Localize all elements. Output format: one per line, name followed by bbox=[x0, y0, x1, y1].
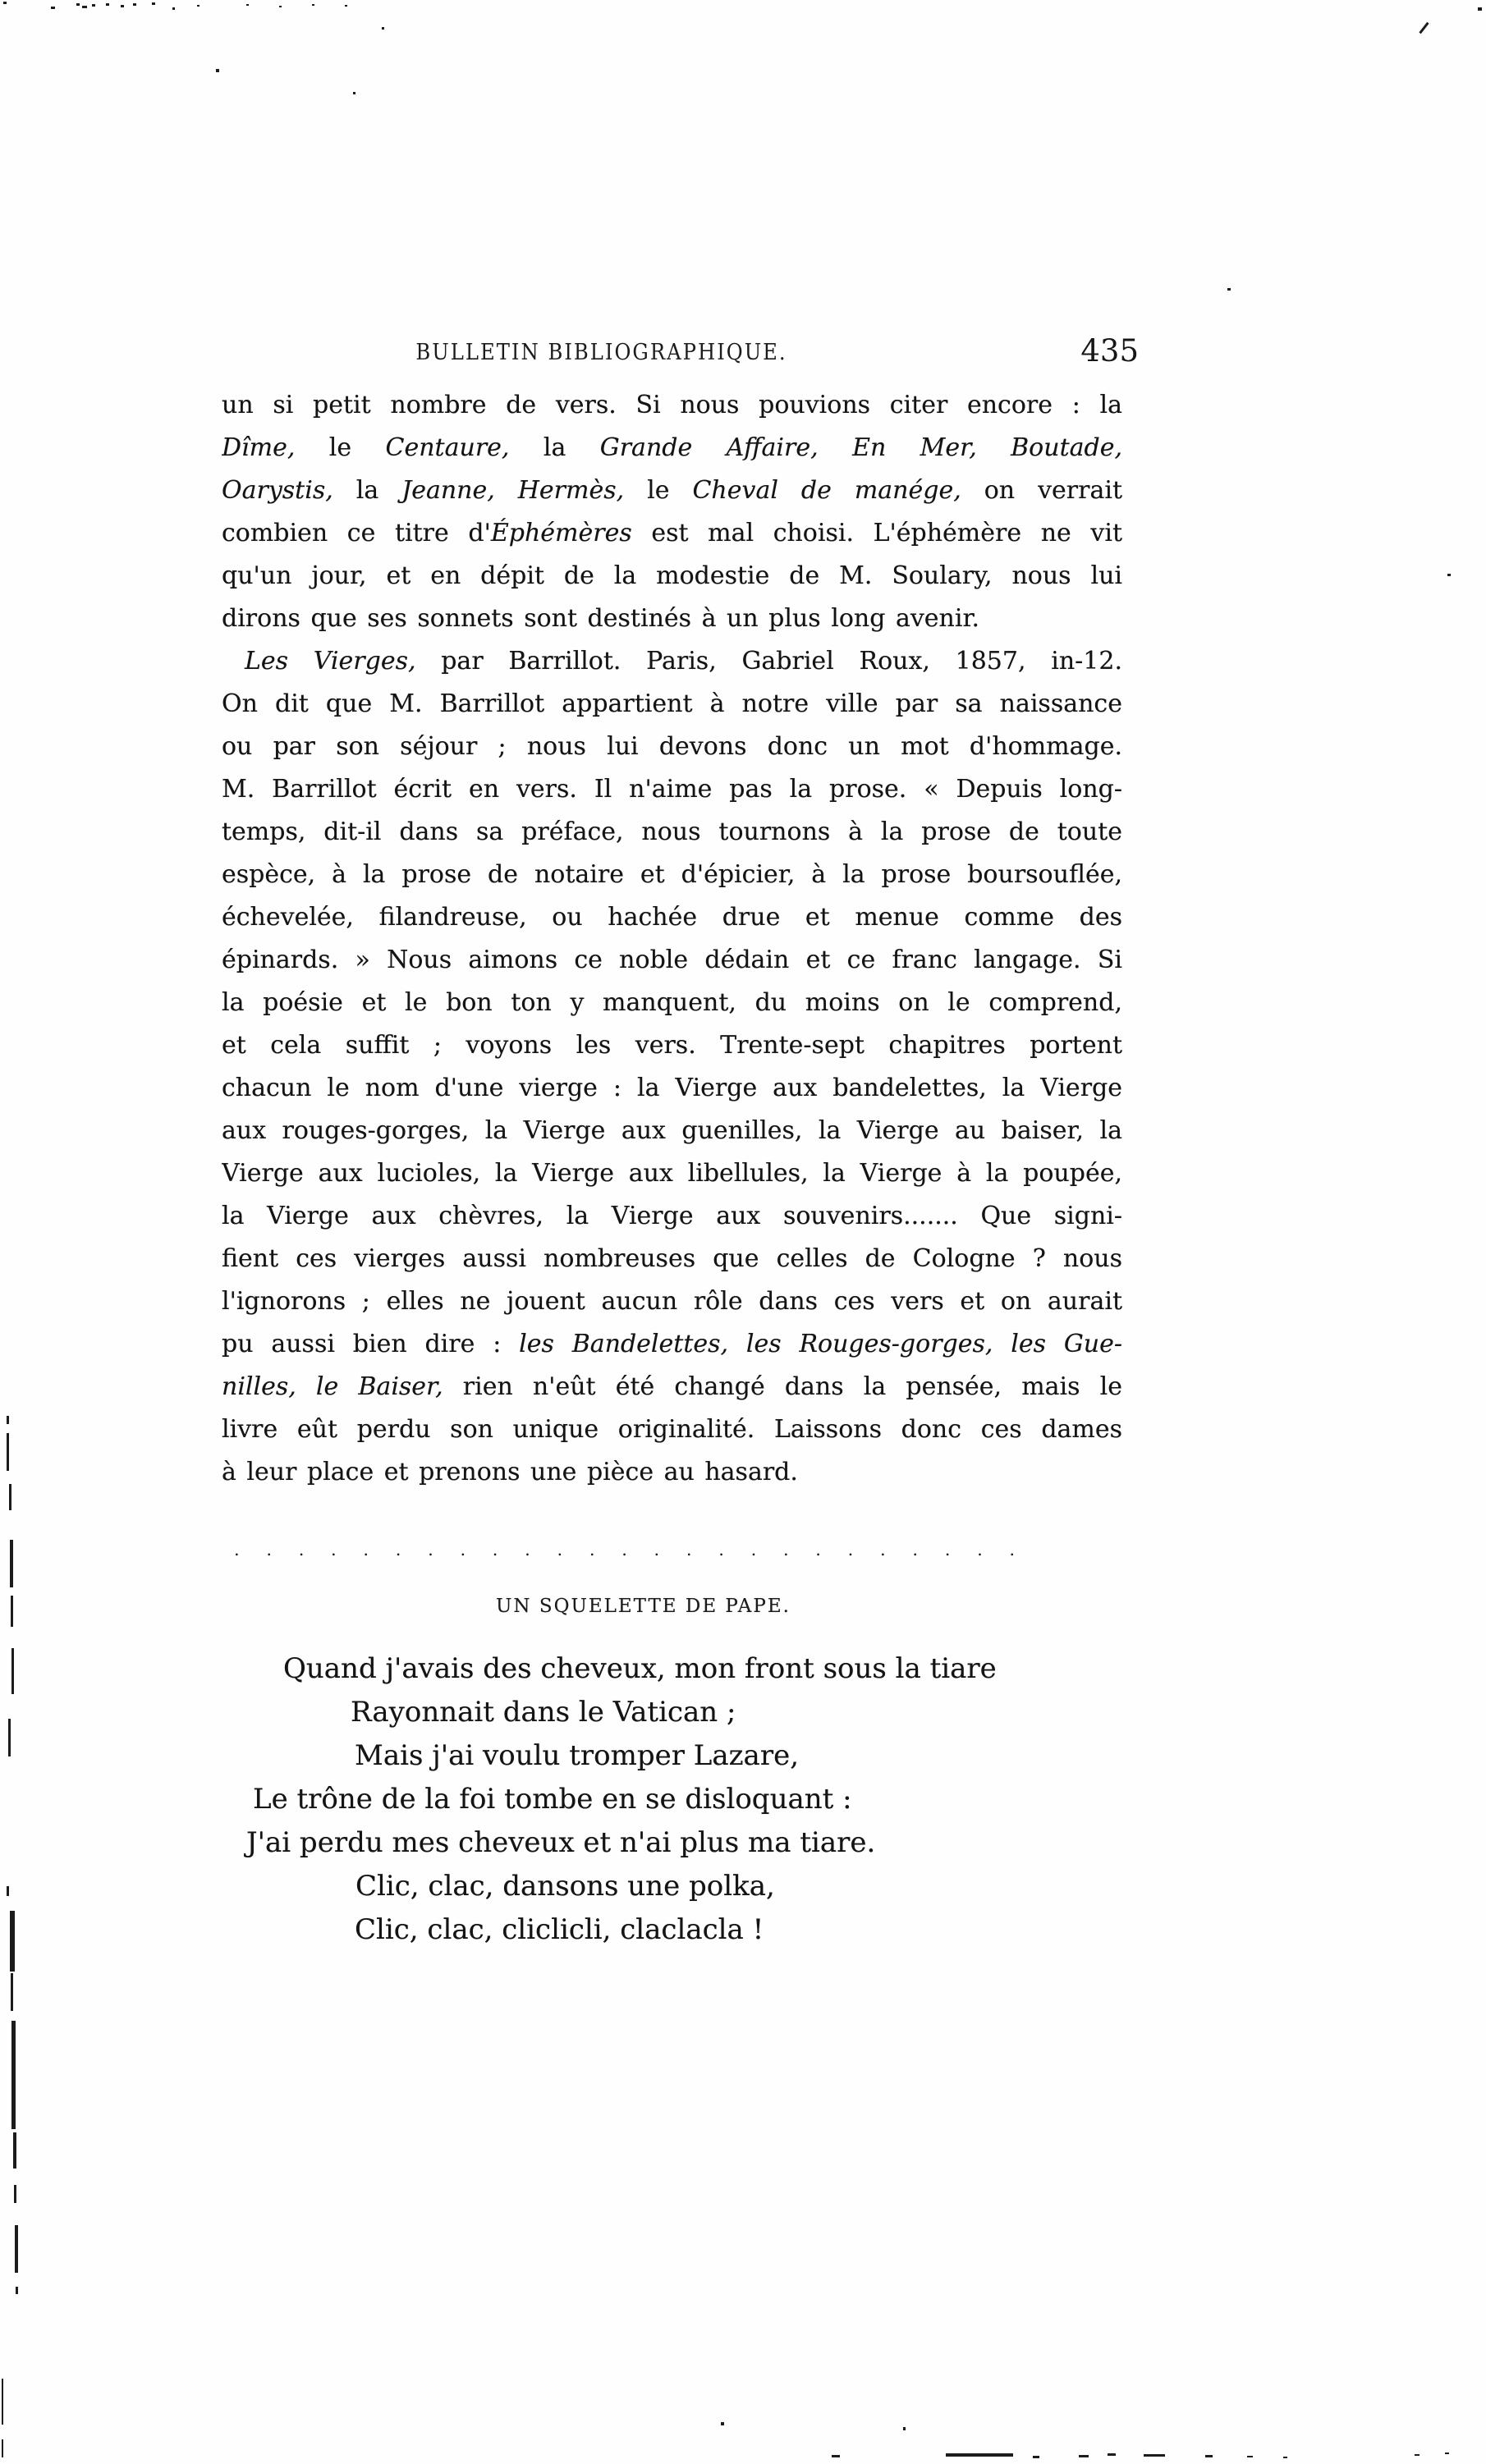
scan-dash-artifact bbox=[1415, 2454, 1419, 2456]
poem-line: Mais j'ai voulu tromper Lazare, bbox=[355, 1734, 1207, 1778]
text-segment bbox=[977, 433, 1011, 462]
scan-speck-artifact bbox=[353, 92, 355, 94]
body-line: la poésie et le bon ton y manquent, du m… bbox=[222, 982, 1122, 1024]
scan-speck-artifact bbox=[721, 2422, 724, 2425]
text-segment: M. Barrillot écrit en vers. Il n'aime pa… bbox=[222, 775, 1122, 804]
text-segment: la Vierge aux chèvres, la Vierge aux sou… bbox=[222, 1202, 1122, 1230]
scan-speck-artifact bbox=[345, 5, 347, 7]
text-segment: l'ignorons ; elles ne jouent aucun rôle … bbox=[222, 1287, 1122, 1316]
scan-speck-artifact bbox=[172, 7, 175, 10]
body-line: un si petit nombre de vers. Si nous pouv… bbox=[222, 384, 1122, 427]
text-segment: on verrait bbox=[961, 476, 1122, 505]
italic-text-segment: Boutade, bbox=[1011, 433, 1122, 462]
scan-speck-artifact bbox=[133, 3, 136, 6]
scan-speck-artifact bbox=[1227, 288, 1231, 291]
scan-line-artifact bbox=[7, 1433, 9, 1471]
body-line: épinards. » Nous aimons ce noble dédain … bbox=[222, 939, 1122, 982]
text-segment: la bbox=[333, 476, 401, 505]
text-segment bbox=[819, 433, 852, 462]
scan-line-artifact bbox=[2, 2439, 3, 2457]
text-segment: espèce, à la prose de notaire et d'épici… bbox=[222, 860, 1122, 889]
scan-speck-artifact bbox=[152, 2, 155, 5]
body-line: aux rouges-gorges, la Vierge aux guenill… bbox=[222, 1110, 1122, 1152]
scan-dash-artifact bbox=[1033, 2456, 1039, 2458]
italic-text-segment: Jeanne, Hermès, bbox=[401, 476, 624, 505]
body-line: Les Vierges, par Barrillot. Paris, Gabri… bbox=[222, 640, 1122, 683]
text-segment: ou par son séjour ; nous lui devons donc… bbox=[222, 732, 1122, 761]
text-segment: combien ce titre d' bbox=[222, 519, 491, 547]
body-line: Vierge aux lucioles, la Vierge aux libel… bbox=[222, 1152, 1122, 1195]
text-segment: échevelée, filandreuse, ou hachée drue e… bbox=[222, 903, 1122, 932]
italic-text-segment: les Bandelettes, les Rouges-gorges, les … bbox=[519, 1330, 1122, 1358]
scan-speck-artifact bbox=[3, 2, 7, 4]
scan-line-artifact bbox=[11, 1648, 14, 1694]
scan-speck-artifact bbox=[279, 6, 282, 7]
scan-line-artifact bbox=[15, 2225, 18, 2273]
body-text-block: un si petit nombre de vers. Si nous pouv… bbox=[222, 384, 1122, 1494]
poem-line: Clic, clac, cliclicli, claclacla ! bbox=[355, 1908, 1207, 1952]
italic-text-segment: En Mer, bbox=[852, 433, 977, 462]
body-line: livre eût perdu son unique originalité. … bbox=[222, 1408, 1122, 1451]
body-line: l'ignorons ; elles ne jouent aucun rôle … bbox=[222, 1280, 1122, 1323]
text-segment: pu aussi bien dire : bbox=[222, 1330, 519, 1358]
text-segment: Vierge aux lucioles, la Vierge aux libel… bbox=[222, 1159, 1122, 1188]
text-segment: temps, dit-il dans sa préface, nous tour… bbox=[222, 818, 1122, 846]
poem-line: Le trône de la foi tombe en se disloquan… bbox=[253, 1778, 1207, 1821]
poem-heading: UN SQUELETTE DE PAPE. bbox=[193, 1596, 1094, 1617]
body-line: chacun le nom d'une vierge : la Vierge a… bbox=[222, 1067, 1122, 1110]
body-line: fient ces vierges aussi nombreuses que c… bbox=[222, 1238, 1122, 1280]
scan-speck-artifact bbox=[216, 69, 219, 72]
text-segment: et cela suffit ; voyons les vers. Trente… bbox=[222, 1031, 1122, 1060]
italic-text-segment: Grande Affaire, bbox=[600, 433, 819, 462]
scan-dash-artifact bbox=[1283, 2457, 1287, 2458]
text-segment: On dit que M. Barrillot appartient à not… bbox=[222, 689, 1122, 718]
dotted-separator: . . . . . . . . . . . . . . . . . . . . … bbox=[234, 1540, 1014, 1564]
body-line: qu'un jour, et en dépit de la modestie d… bbox=[222, 555, 1122, 598]
scan-line-artifact bbox=[14, 2185, 16, 2203]
scan-speck-artifact bbox=[1419, 22, 1429, 34]
book-page: BULLETIN BIBLIOGRAPHIQUE. 435 un si peti… bbox=[0, 0, 1486, 2464]
text-segment: fient ces vierges aussi nombreuses que c… bbox=[222, 1244, 1122, 1273]
poem-line: Clic, clac, dansons une polka, bbox=[355, 1865, 1207, 1908]
scan-speck-artifact bbox=[382, 27, 384, 30]
scan-speck-artifact bbox=[106, 3, 109, 6]
italic-text-segment: Centaure, bbox=[386, 433, 510, 462]
running-title: BULLETIN BIBLIOGRAPHIQUE. bbox=[415, 340, 787, 365]
body-line: échevelée, filandreuse, ou hachée drue e… bbox=[222, 896, 1122, 939]
text-segment: dirons que ses sonnets sont destinés à u… bbox=[222, 604, 979, 633]
scan-dash-artifact bbox=[1445, 2453, 1449, 2454]
text-segment: qu'un jour, et en dépit de la modestie d… bbox=[222, 561, 1122, 590]
scan-dash-artifact bbox=[1205, 2455, 1213, 2457]
scan-speck-artifact bbox=[1478, 7, 1482, 11]
body-line: temps, dit-il dans sa préface, nous tour… bbox=[222, 811, 1122, 854]
body-line: On dit que M. Barrillot appartient à not… bbox=[222, 683, 1122, 726]
scan-dash-artifact bbox=[1144, 2454, 1165, 2457]
body-line: ou par son séjour ; nous lui devons donc… bbox=[222, 726, 1122, 768]
scan-dash-artifact bbox=[946, 2453, 1013, 2457]
scan-line-artifact bbox=[10, 1540, 13, 1587]
italic-text-segment: nilles, le Baiser, bbox=[222, 1372, 443, 1401]
body-line: nilles, le Baiser, rien n'eût été changé… bbox=[222, 1366, 1122, 1408]
scan-line-artifact bbox=[11, 2021, 16, 2129]
text-segment: chacun le nom d'une vierge : la Vierge a… bbox=[222, 1074, 1122, 1102]
text-segment: la poésie et le bon ton y manquent, du m… bbox=[222, 988, 1122, 1017]
text-segment: rien n'eût été changé dans la pensée, ma… bbox=[443, 1372, 1122, 1401]
scan-line-artifact bbox=[11, 1973, 13, 2011]
body-line: espèce, à la prose de notaire et d'épici… bbox=[222, 854, 1122, 896]
body-line: Dîme, le Centaure, la Grande Affaire, En… bbox=[222, 427, 1122, 469]
text-segment: aux rouges-gorges, la Vierge aux guenill… bbox=[222, 1116, 1122, 1145]
scan-speck-artifact bbox=[76, 3, 80, 6]
body-line: Oarystis, la Jeanne, Hermès, le Cheval d… bbox=[222, 469, 1122, 512]
body-line: à leur place et prenons une pièce au has… bbox=[222, 1451, 1122, 1494]
scan-speck-artifact bbox=[92, 4, 95, 7]
scan-dash-artifact bbox=[1079, 2455, 1089, 2457]
italic-text-segment: Oarystis, bbox=[222, 476, 333, 505]
poem-line: J'ai perdu mes cheveux et n'ai plus ma t… bbox=[246, 1821, 1207, 1865]
italic-text-segment: Les Vierges, bbox=[245, 647, 416, 676]
scan-line-artifact bbox=[7, 1416, 9, 1424]
poem-block: Quand j'avais des cheveux, mon front sou… bbox=[222, 1647, 1207, 1952]
scan-line-artifact bbox=[10, 1911, 15, 1972]
body-line: et cela suffit ; voyons les vers. Trente… bbox=[222, 1024, 1122, 1067]
scan-speck-artifact bbox=[197, 5, 200, 7]
italic-text-segment: Dîme, bbox=[222, 433, 295, 462]
scan-speck-artifact bbox=[121, 5, 124, 7]
scan-line-artifact bbox=[13, 2132, 16, 2169]
text-segment: le bbox=[295, 433, 385, 462]
italic-text-segment: Cheval de manége, bbox=[692, 476, 961, 505]
scan-speck-artifact bbox=[82, 6, 87, 8]
scan-line-artifact bbox=[7, 1886, 9, 1896]
scan-line-artifact bbox=[16, 2287, 18, 2294]
scan-line-artifact bbox=[2, 2379, 3, 2425]
poem-line: Rayonnait dans le Vatican ; bbox=[351, 1691, 1207, 1734]
poem-line: Quand j'avais des cheveux, mon front sou… bbox=[283, 1647, 1207, 1691]
scan-line-artifact bbox=[8, 1719, 11, 1756]
scan-dash-artifact bbox=[1247, 2456, 1253, 2457]
scan-speck-artifact bbox=[51, 7, 55, 9]
body-line: M. Barrillot écrit en vers. Il n'aime pa… bbox=[222, 768, 1122, 811]
body-line: dirons que ses sonnets sont destinés à u… bbox=[222, 598, 1122, 640]
text-segment: la bbox=[509, 433, 599, 462]
scan-dash-artifact bbox=[832, 2455, 840, 2457]
text-segment: le bbox=[624, 476, 692, 505]
body-line: la Vierge aux chèvres, la Vierge aux sou… bbox=[222, 1195, 1122, 1238]
scan-speck-artifact bbox=[903, 2427, 906, 2430]
text-segment: épinards. » Nous aimons ce noble dédain … bbox=[222, 946, 1122, 974]
scan-line-artifact bbox=[9, 1484, 11, 1510]
scan-dash-artifact bbox=[1108, 2453, 1116, 2456]
scan-speck-artifact bbox=[312, 4, 314, 6]
italic-text-segment: Éphémères bbox=[491, 519, 632, 547]
text-segment: livre eût perdu son unique originalité. … bbox=[222, 1415, 1122, 1444]
text-segment: un si petit nombre de vers. Si nous pouv… bbox=[222, 391, 1122, 419]
text-segment: est mal choisi. L'éphémère ne vit bbox=[632, 519, 1122, 547]
body-line: pu aussi bien dire : les Bandelettes, le… bbox=[222, 1323, 1122, 1366]
scan-speck-artifact bbox=[246, 4, 249, 6]
body-line: combien ce titre d'Éphémères est mal cho… bbox=[222, 512, 1122, 555]
scan-line-artifact bbox=[11, 1596, 13, 1627]
text-segment: à leur place et prenons une pièce au has… bbox=[222, 1458, 798, 1486]
scan-speck-artifact bbox=[1447, 574, 1451, 576]
text-segment: par Barrillot. Paris, Gabriel Roux, 1857… bbox=[416, 647, 1122, 676]
page-header: BULLETIN BIBLIOGRAPHIQUE. 435 bbox=[222, 340, 1122, 376]
page-number: 435 bbox=[1080, 333, 1139, 369]
